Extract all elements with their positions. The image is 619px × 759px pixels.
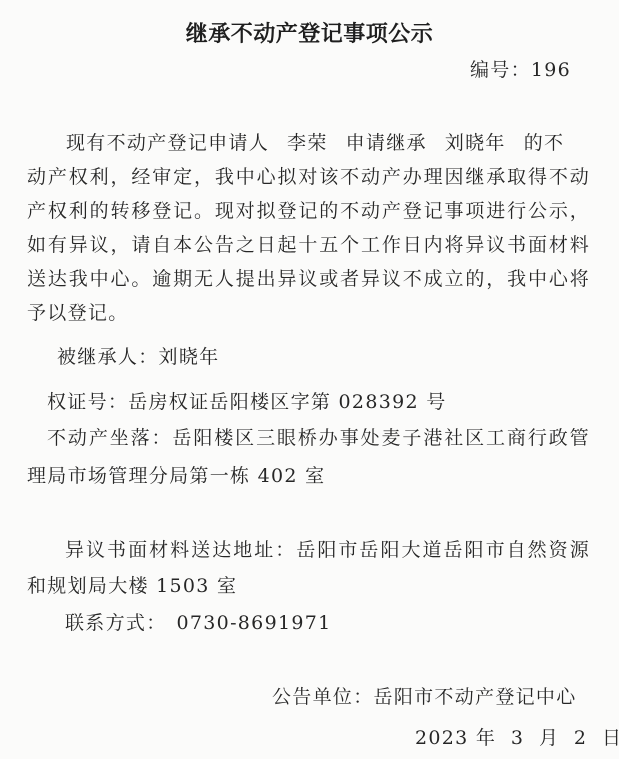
- certificate-value: 岳房权证岳阳楼区字第 028392 号: [128, 391, 446, 413]
- contact-label: 联系方式：: [65, 612, 167, 634]
- objection-address-line-1: 岳阳市岳阳大道岳阳市自然资源: [296, 539, 590, 561]
- document-title: 继承不动产登记事项公示: [0, 17, 619, 48]
- issuer-name: 岳阳市不动产登记中心: [374, 686, 577, 708]
- location-row: 不动产坐落：岳阳楼区三眼桥办事处麦子港社区工商行政管: [47, 426, 590, 450]
- body-line-4: 如有异议，请自本公告之日起十五个工作日内将异议书面材料: [27, 233, 590, 257]
- decedent-label: 被继承人：: [57, 346, 159, 368]
- certificate-row: 权证号：岳房权证岳阳楼区字第 028392 号: [47, 390, 447, 414]
- body-line-3: 产权利的转移登记。现对拟登记的不动产登记事项进行公示，: [27, 199, 590, 223]
- objection-address-line-2: 和规划局大楼 1503 室: [27, 574, 237, 598]
- location-label: 不动产坐落：: [47, 427, 172, 449]
- decedent-row: 被继承人：刘晓年: [57, 345, 219, 369]
- decedent-value: 刘晓年: [159, 346, 220, 368]
- objection-address-row: 异议书面材料送达地址：岳阳市岳阳大道岳阳市自然资源: [65, 538, 590, 562]
- objection-address-label: 异议书面材料送达地址：: [65, 539, 296, 561]
- serial-label: 编号：: [470, 59, 531, 81]
- certificate-label: 权证号：: [47, 391, 128, 413]
- issuer-row: 公告单位：岳阳市不动产登记中心: [272, 685, 577, 709]
- serial-number-line: 编号：196: [470, 58, 571, 82]
- contact-row: 联系方式：0730-8691971: [65, 611, 332, 635]
- body-line-1-prefix: 现有不动产登记申请人: [66, 132, 269, 154]
- body-line-1-mid: 申请继承: [346, 132, 427, 154]
- body-line-6: 予以登记。: [27, 301, 129, 325]
- issuer-label: 公告单位：: [272, 686, 374, 708]
- decedent-name: 刘晓年: [445, 132, 506, 154]
- body-line-1-suffix: 的不: [524, 132, 565, 154]
- contact-phone: 0730-8691971: [177, 612, 332, 634]
- body-line-2: 动产权利，经审定，我中心拟对该不动产办理因继承取得不动: [27, 165, 590, 189]
- body-line-1: 现有不动产登记申请人李荣申请继承刘晓年的不: [66, 131, 564, 155]
- notice-date: 2023 年 3 月 2 日: [415, 726, 619, 750]
- serial-number: 196: [531, 59, 571, 81]
- location-value-line-1: 岳阳楼区三眼桥办事处麦子港社区工商行政管: [172, 427, 590, 449]
- body-line-5: 送达我中心。逾期无人提出异议或者异议不成立的，我中心将: [27, 267, 590, 291]
- location-value-line-2: 理局市场管理分局第一栋 402 室: [27, 464, 325, 488]
- applicant-name: 李荣: [287, 132, 328, 154]
